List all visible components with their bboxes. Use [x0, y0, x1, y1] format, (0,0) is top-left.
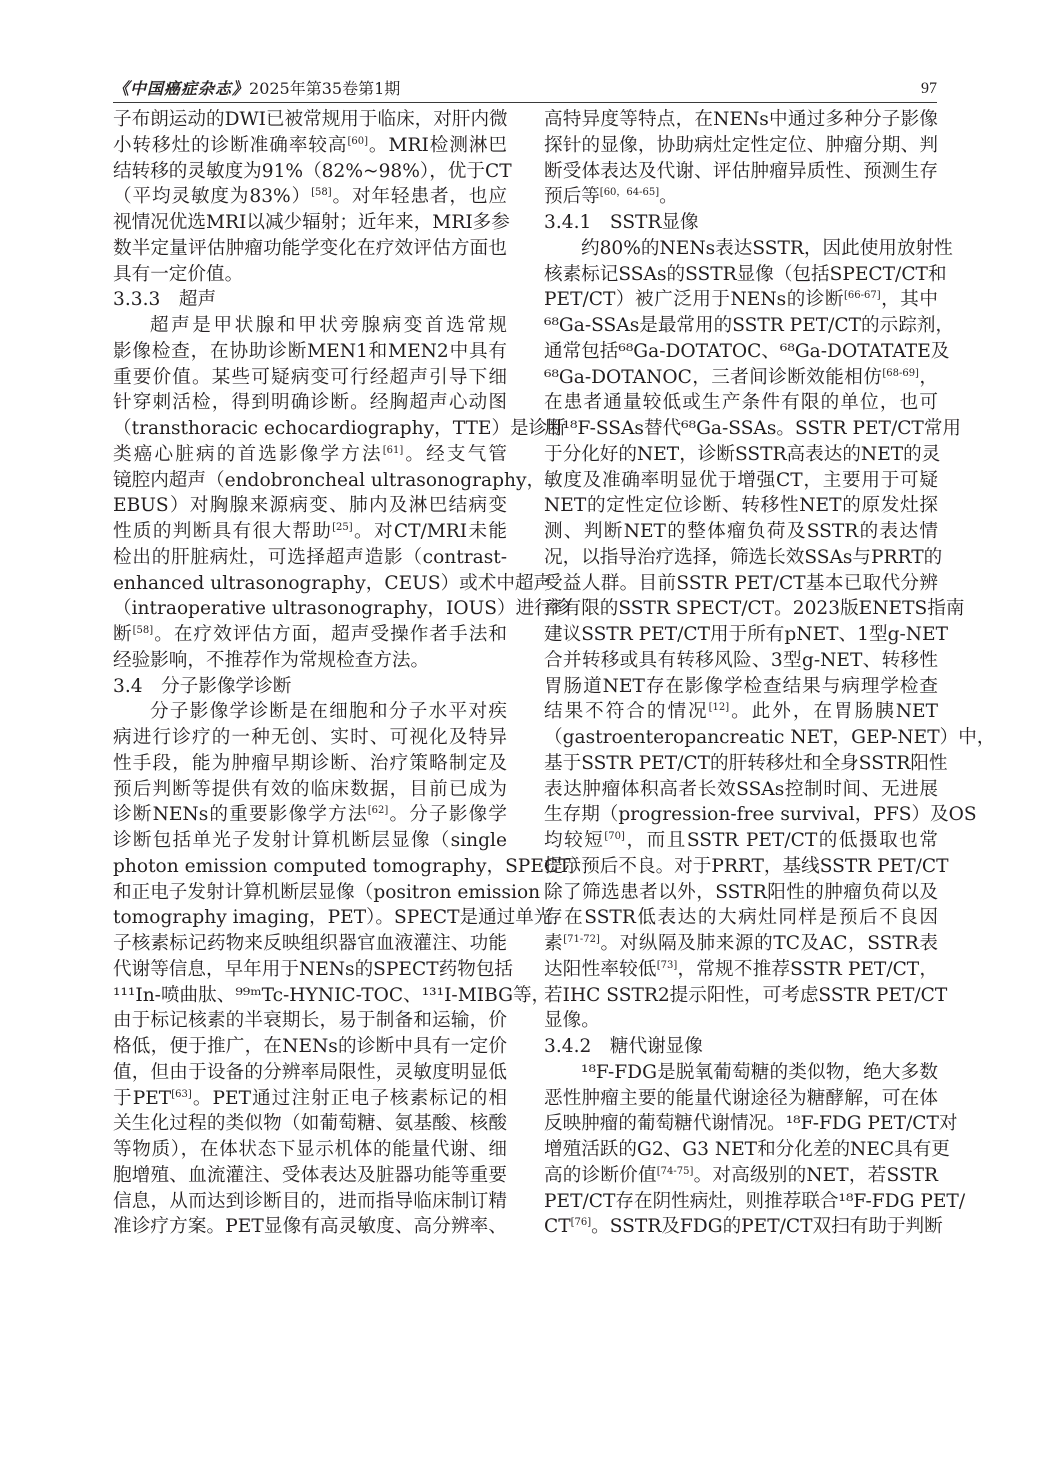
text-line: （平均灵敏度为83%）[58]。对年轻患者，也应 — [113, 184, 507, 210]
section-heading: 3.4.2 糖代谢显像 — [544, 1034, 938, 1060]
text-line: PET/CT存在阴性病灶，则推荐联合¹⁸F-FDG PET/ — [544, 1189, 938, 1215]
text-line: 建议SSTR PET/CT用于所有pNET、1型g-NET — [544, 622, 938, 648]
right-column: 高特异度等特点，在NENs中通过多种分子影像探针的显像，协助病灶定性定位、肿瘤分… — [544, 107, 938, 1240]
text-line: 信息，从而达到诊断目的，进而指导临床制订精 — [113, 1189, 507, 1215]
citation-ref: [60，64-65] — [600, 187, 659, 198]
text-line: 通常包括⁶⁸Ga-DOTATOC、⁶⁸Ga-DOTATATE及 — [544, 339, 938, 365]
section-heading: 3.4 分子影像学诊断 — [113, 674, 507, 700]
text-line: 显像。 — [544, 1008, 938, 1034]
text-line: 病进行诊疗的一种无创、实时、可视化及特异 — [113, 725, 507, 751]
text-line: 诊断NENs的重要影像学方法[62]。分子影像学 — [113, 802, 507, 828]
citation-ref: [74-75] — [657, 1166, 694, 1177]
text-line: 针穿刺活检，得到明确诊断。经胸超声心动图 — [113, 390, 507, 416]
text-line: ¹¹¹In-喷曲肽、⁹⁹ᵐTc-HYNIC-TOC、¹³¹I-MIBG等， — [113, 983, 507, 1009]
citation-ref: [60] — [347, 136, 368, 147]
text-line: 镜腔内超声（endobroncheal ultrasonography， — [113, 468, 507, 494]
text-line: 恶性肿瘤主要的能量代谢途径为糖酵解，可在体 — [544, 1086, 938, 1112]
text-line: 均较短[70]，而且SSTR PET/CT的低摄取也常 — [544, 828, 938, 854]
text-line: 准诊疗方案。PET显像有高灵敏度、高分辨率、 — [113, 1214, 507, 1240]
section-heading: 3.3.3 超声 — [113, 287, 507, 313]
section-heading: 3.4.1 SSTR显像 — [544, 210, 938, 236]
text-line: （gastroenteropancreatic NET，GEP-NET）中， — [544, 725, 938, 751]
text-line: 况，以指导治疗选择，筛选长效SSAs与PRRT的 — [544, 545, 938, 571]
text-line: 检出的肝脏病灶，可选择超声造影（contrast- — [113, 545, 507, 571]
text-line: 超声是甲状腺和甲状旁腺病变首选常规 — [113, 313, 507, 339]
text-line: 性质的判断具有很大帮助[25]。对CT/MRI未能 — [113, 519, 507, 545]
text-line: 等物质），在体状态下显示机体的能量代谢、细 — [113, 1137, 507, 1163]
citation-ref: [58] — [133, 625, 154, 636]
text-line: 小转移灶的诊断准确率较高[60]。MRI检测淋巴 — [113, 133, 507, 159]
citation-ref: [70] — [604, 831, 625, 842]
text-line: 反映肿瘤的葡萄糖代谢情况。¹⁸F-FDG PET/CT对 — [544, 1111, 938, 1137]
text-line: （transthoracic echocardiography，TTE）是诊断 — [113, 416, 507, 442]
text-line: 结转移的灵敏度为91%（82%~98%），优于CT — [113, 159, 507, 185]
text-line: （intraoperative ultrasonography，IOUS）进行诊 — [113, 596, 507, 622]
text-line: 由于标记核素的半衰期长，易于制备和运输，价 — [113, 1008, 507, 1034]
text-line: 高特异度等特点，在NENs中通过多种分子影像 — [544, 107, 938, 133]
text-line: 高的诊断价值[74-75]。对高级别的NET，若SSTR — [544, 1163, 938, 1189]
text-line: 格低，便于推广，在NENs的诊断中具有一定价 — [113, 1034, 507, 1060]
issue-info: 2025年第35卷第1期 — [249, 79, 400, 98]
text-line: 结果不符合的情况[12]。此外，在胃肠胰NET — [544, 699, 938, 725]
text-line: 诊断包括单光子发射计算机断层显像（single — [113, 828, 507, 854]
citation-ref: [58] — [311, 187, 332, 198]
citation-ref: [76] — [571, 1217, 592, 1228]
text-line: 类癌心脏病的首选影像学方法[61]。经支气管 — [113, 442, 507, 468]
citation-ref: [66-67] — [844, 290, 881, 301]
text-line: 子核素标记药物来反映组织器官血液灌注、功能 — [113, 931, 507, 957]
text-line: 胃肠道NET存在影像学检查结果与病理学检查 — [544, 674, 938, 700]
left-column: 子布朗运动的DWI已被常规用于临床，对肝内微小转移灶的诊断准确率较高[60]。M… — [113, 107, 507, 1240]
text-line: 除了筛选患者以外，SSTR阳性的肿瘤负荷以及 — [544, 880, 938, 906]
text-line: 断[58]。在疗效评估方面，超声受操作者手法和 — [113, 622, 507, 648]
journal-citation: 《中国癌症杂志》2025年第35卷第1期 — [113, 78, 400, 100]
text-line: 若IHC SSTR2提示阳性，可考虑SSTR PET/CT — [544, 983, 938, 1009]
citation-ref: [62] — [368, 805, 389, 816]
text-line: 影像检查，在协助诊断MEN1和MEN2中具有 — [113, 339, 507, 365]
text-line: 预后判断等提供有效的临床数据，目前已成为 — [113, 777, 507, 803]
text-line: 数半定量评估肿瘤功能学变化在疗效评估方面也 — [113, 236, 507, 262]
text-line: 视情况优选MRI以减少辐射；近年来，MRI多参 — [113, 210, 507, 236]
text-line: 预后等[60，64-65]。 — [544, 184, 938, 210]
text-line: CT[76]。SSTR及FDG的PET/CT双扫有助于判断 — [544, 1214, 938, 1240]
text-line: 核素标记SSAs的SSTR显像（包括SPECT/CT和 — [544, 262, 938, 288]
text-line: ⁶⁸Ga-SSAs是最常用的SSTR PET/CT的示踪剂， — [544, 313, 938, 339]
text-line: 具有一定价值。 — [113, 262, 507, 288]
page-number: 97 — [921, 78, 937, 100]
journal-name: 《中国癌症杂志》 — [113, 79, 249, 98]
text-line: 断受体表达及代谢、评估肿瘤异质性、预测生存 — [544, 159, 938, 185]
text-line: enhanced ultrasonography，CEUS）或术中超声 — [113, 571, 507, 597]
text-line: 生存期（progression-free survival，PFS）及OS — [544, 802, 938, 828]
text-line: 代谢等信息，早年用于NENs的SPECT药物包括 — [113, 957, 507, 983]
text-line: 存在SSTR低表达的大病灶同样是预后不良因 — [544, 905, 938, 931]
text-line: 经验影响，不推荐作为常规检查方法。 — [113, 648, 507, 674]
text-line: 分子影像学诊断是在细胞和分子水平对疾 — [113, 699, 507, 725]
citation-ref: [68-69] — [882, 368, 919, 379]
text-line: 达阳性率较低[73]，常规不推荐SSTR PET/CT， — [544, 957, 938, 983]
text-line: 胞增殖、血流灌注、受体表达及脏器功能等重要 — [113, 1163, 507, 1189]
text-line: 性手段，能为肿瘤早期诊断、治疗策略制定及 — [113, 751, 507, 777]
text-line: 约80%的NENs表达SSTR，因此使用放射性 — [544, 236, 938, 262]
citation-ref: [61] — [383, 445, 404, 456]
text-line: 子布朗运动的DWI已被常规用于临床，对肝内微 — [113, 107, 507, 133]
text-line: NET的定性定位诊断、转移性NET的原发灶探 — [544, 493, 938, 519]
text-line: 关生化过程的类似物（如葡萄糖、氨基酸、核酸 — [113, 1111, 507, 1137]
text-line: 和正电子发射计算机断层显像（positron emission — [113, 880, 507, 906]
text-line: 用¹⁸F-SSAs替代⁶⁸Ga-SSAs。SSTR PET/CT常用 — [544, 416, 938, 442]
text-line: 增殖活跃的G2、G3 NET和分化差的NEC具有更 — [544, 1137, 938, 1163]
text-line: 值，但由于设备的分辨率局限性，灵敏度明显低 — [113, 1060, 507, 1086]
citation-ref: [12] — [709, 702, 730, 713]
text-line: 在患者通量较低或生产条件有限的单位，也可 — [544, 390, 938, 416]
running-header: 《中国癌症杂志》2025年第35卷第1期 97 — [113, 78, 937, 103]
citation-ref: [63] — [171, 1089, 192, 1100]
text-line: 测、判断NET的整体瘤负荷及SSTR的表达情 — [544, 519, 938, 545]
citation-ref: [71-72] — [563, 934, 600, 945]
text-line: EBUS）对胸腺来源病变、肺内及淋巴结病变 — [113, 493, 507, 519]
citation-ref: [73] — [657, 960, 678, 971]
text-line: photon emission computed tomography，SPEC… — [113, 854, 507, 880]
text-line: 基于SSTR PET/CT的肝转移灶和全身SSTR阳性 — [544, 751, 938, 777]
text-line: 率有限的SSTR SPECT/CT。2023版ENETS指南 — [544, 596, 938, 622]
text-line: 于分化好的NET，诊断SSTR高表达的NET的灵 — [544, 442, 938, 468]
text-line: 探针的显像，协助病灶定性定位、肿瘤分期、判 — [544, 133, 938, 159]
text-line: 素[71-72]。对纵隔及肺来源的TC及AC，SSTR表 — [544, 931, 938, 957]
text-line: 提示预后不良。对于PRRT，基线SSTR PET/CT — [544, 854, 938, 880]
text-line: 于PET[63]。PET通过注射正电子核素标记的相 — [113, 1086, 507, 1112]
text-line: ⁶⁸Ga-DOTANOC，三者间诊断效能相仿[68-69]， — [544, 365, 938, 391]
text-line: ¹⁸F-FDG是脱氧葡萄糖的类似物，绝大多数 — [544, 1060, 938, 1086]
text-line: 表达肿瘤体积高者长效SSAs控制时间、无进展 — [544, 777, 938, 803]
citation-ref: [25] — [332, 522, 353, 533]
text-line: 重要价值。某些可疑病变可行经超声引导下细 — [113, 365, 507, 391]
text-line: 受益人群。目前SSTR PET/CT基本已取代分辨 — [544, 571, 938, 597]
text-line: 敏度及准确率明显优于增强CT，主要用于可疑 — [544, 468, 938, 494]
text-line: PET/CT）被广泛用于NENs的诊断[66-67]，其中 — [544, 287, 938, 313]
text-line: tomography imaging，PET）。SPECT是通过单光 — [113, 905, 507, 931]
text-line: 合并转移或具有转移风险、3型g-NET、转移性 — [544, 648, 938, 674]
